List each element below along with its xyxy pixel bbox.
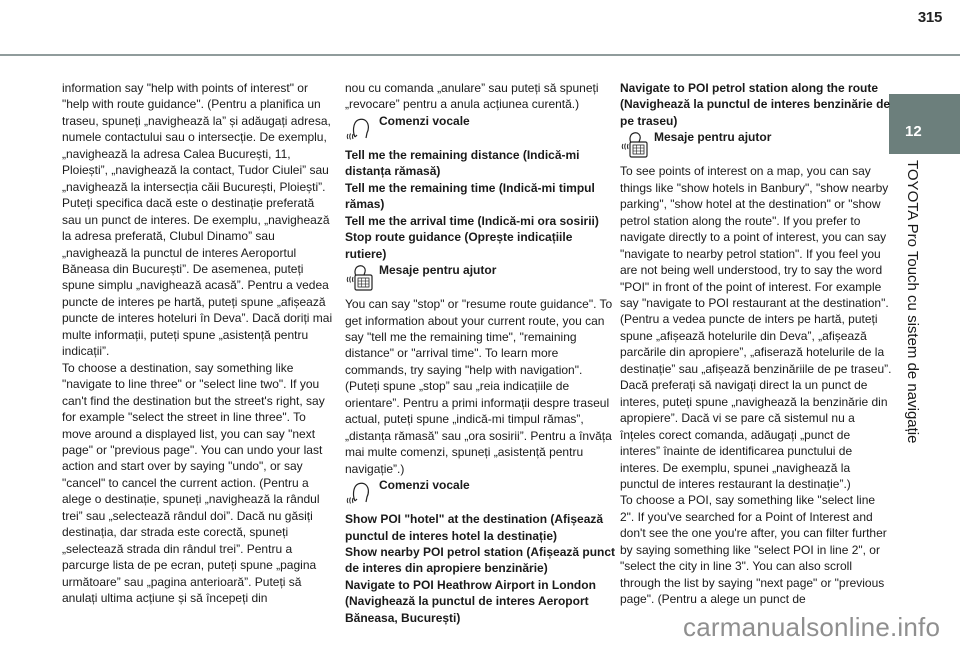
voice-command-icon xyxy=(345,477,375,509)
chapter-tab-number: 12 xyxy=(905,123,922,140)
section-heading-help-messages: Mesaje pentru ajutor xyxy=(345,262,617,296)
text-column-2: nou cu comanda „anulare” sau puteți să s… xyxy=(345,80,617,626)
paragraph: information say "help with points of int… xyxy=(62,80,334,360)
section-heading-label: Comenzi vocale xyxy=(377,477,470,493)
voice-command: Tell me the arrival time (Indică-mi ora … xyxy=(345,213,617,229)
chapter-tab[interactable]: 12 xyxy=(889,94,960,154)
text-column-1: information say "help with points of int… xyxy=(62,80,334,607)
text-column-3: Navigate to POI petrol station along the… xyxy=(620,80,892,608)
paragraph: nou cu comanda „anulare” sau puteți să s… xyxy=(345,80,617,113)
voice-command: Navigate to POI Heathrow Airport in Lond… xyxy=(345,577,617,626)
paragraph: To choose a destination, say something l… xyxy=(62,360,334,607)
help-message-icon xyxy=(620,129,650,161)
voice-command: Show POI "hotel" at the destination (Afi… xyxy=(345,511,617,544)
section-heading-label: Mesaje pentru ajutor xyxy=(377,262,496,278)
watermark: carmanualsonline.info xyxy=(683,612,940,643)
voice-command-icon xyxy=(345,113,375,145)
voice-command: Tell me the remaining distance (Indică-m… xyxy=(345,147,617,180)
help-message-icon xyxy=(345,262,375,294)
paragraph: To see points of interest on a map, you … xyxy=(620,163,892,492)
voice-command: Navigate to POI petrol station along the… xyxy=(620,80,892,129)
paragraph: To choose a POI, say something like "sel… xyxy=(620,492,892,607)
voice-command: Tell me the remaining time (Indică-mi ti… xyxy=(345,180,617,213)
section-heading-label: Mesaje pentru ajutor xyxy=(652,129,771,145)
section-heading-label: Comenzi vocale xyxy=(377,113,470,129)
page-number: 315 xyxy=(918,9,942,26)
voice-command: Show nearby POI petrol station (Afișează… xyxy=(345,544,617,577)
chapter-side-title: TOYOTA Pro Touch cu sistem de navigație xyxy=(893,160,921,540)
voice-command: Stop route guidance (Oprește indicațiile… xyxy=(345,229,617,262)
section-heading-voice-commands: Comenzi vocale xyxy=(345,113,617,147)
header-divider xyxy=(0,54,960,56)
section-heading-voice-commands: Comenzi vocale xyxy=(345,477,617,511)
section-heading-help-messages: Mesaje pentru ajutor xyxy=(620,129,892,163)
paragraph: You can say "stop" or "resume route guid… xyxy=(345,296,617,477)
